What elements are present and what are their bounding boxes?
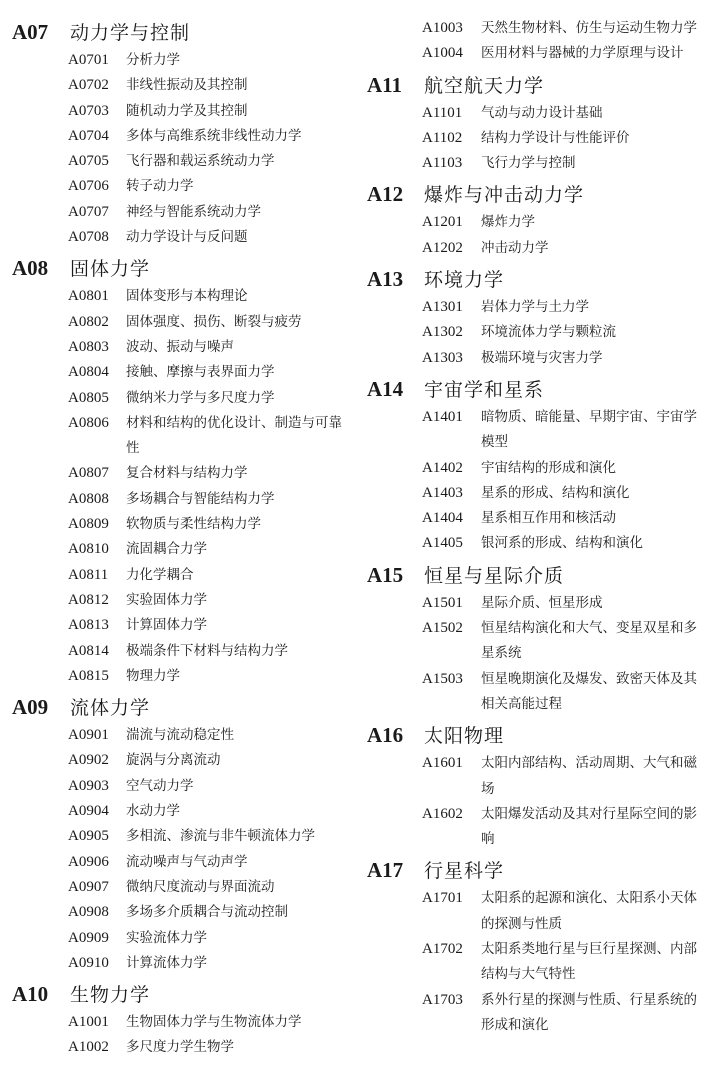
item-code: A1301 (422, 295, 463, 320)
section-a17: A17 行星科学 A1701太阳系的起源和演化、太阳系小天体的探测与性质 A17… (355, 852, 720, 1038)
item-code: A0804 (68, 360, 109, 385)
list-item: A1303极端环境与灾害力学 (355, 346, 720, 371)
item-text: 多场多介质耦合与流动控制 (126, 900, 348, 925)
section-code: A12 (367, 182, 403, 207)
section-code: A11 (367, 73, 402, 98)
section-a10-continued: A1003天然生物材料、仿生与运动生物力学 A1004医用材料与器械的力学原理与… (355, 16, 720, 67)
section-a16: A16 太阳物理 A1601太阳内部结构、活动周期、大气和磁场 A1602太阳爆… (355, 717, 720, 852)
item-code: A0707 (68, 200, 109, 225)
list-item: A1102结构力学设计与性能评价 (355, 126, 720, 151)
item-text: 分析力学 (126, 48, 348, 73)
list-item: A0802固体强度、损伤、断裂与疲劳 (0, 310, 360, 335)
section-code: A16 (367, 723, 403, 748)
section-title: 固体力学 (70, 254, 150, 281)
section-heading: A07 动力学与控制 (0, 14, 360, 48)
item-text: 波动、振动与噪声 (126, 335, 348, 360)
item-text: 多相流、渗流与非牛顿流体力学 (126, 824, 348, 849)
section-heading: A13 环境力学 (355, 261, 720, 295)
item-text: 天然生物材料、仿生与运动生物力学 (481, 16, 706, 41)
item-code: A1001 (68, 1010, 109, 1035)
item-code: A0901 (68, 723, 109, 748)
item-text: 极端条件下材料与结构力学 (126, 639, 348, 664)
list-item: A0907微纳尺度流动与界面流动 (0, 875, 360, 900)
item-code: A1201 (422, 210, 463, 235)
section-title: 环境力学 (424, 265, 504, 292)
list-item: A0707神经与智能系统动力学 (0, 200, 360, 225)
section-title: 爆炸与冲击动力学 (424, 180, 584, 207)
item-text: 极端环境与灾害力学 (481, 346, 706, 371)
right-column: A1003天然生物材料、仿生与运动生物力学 A1004医用材料与器械的力学原理与… (355, 16, 720, 1038)
item-text: 流动噪声与气动声学 (126, 850, 348, 875)
item-text: 软物质与柔性结构力学 (126, 512, 348, 537)
item-text: 飞行器和载运系统动力学 (126, 149, 348, 174)
item-code: A0906 (68, 850, 109, 875)
item-code: A1101 (422, 101, 462, 126)
item-text: 计算流体力学 (126, 951, 348, 976)
section-code: A10 (12, 982, 48, 1007)
list-item: A0906流动噪声与气动声学 (0, 850, 360, 875)
list-item: A0804接触、摩擦与表界面力学 (0, 360, 360, 385)
item-text: 实验流体力学 (126, 926, 348, 951)
list-item: A0903空气动力学 (0, 774, 360, 799)
item-text: 星系的形成、结构和演化 (481, 481, 706, 506)
section-a15: A15 恒星与星际介质 A1501星际介质、恒星形成 A1502恒星结构演化和大… (355, 557, 720, 717)
section-heading: A10 生物力学 (0, 976, 360, 1010)
list-item: A1401暗物质、暗能量、早期宇宙、宇宙学模型 (355, 405, 720, 456)
section-code: A07 (12, 20, 48, 45)
list-item: A0904水动力学 (0, 799, 360, 824)
item-text: 星系相互作用和核活动 (481, 506, 706, 531)
list-item: A0910计算流体力学 (0, 951, 360, 976)
item-code: A1503 (422, 667, 463, 692)
item-text: 宇宙结构的形成和演化 (481, 456, 706, 481)
list-item: A1501星际介质、恒星形成 (355, 591, 720, 616)
item-code: A0910 (68, 951, 109, 976)
item-code: A1003 (422, 16, 463, 41)
item-code: A1501 (422, 591, 463, 616)
section-heading: A17 行星科学 (355, 852, 720, 886)
section-a10: A10 生物力学 A1001生物固体力学与生物流体力学 A1002多尺度力学生物… (0, 976, 360, 1061)
item-text: 复合材料与结构力学 (126, 461, 348, 486)
item-text: 空气动力学 (126, 774, 348, 799)
list-item: A0811力化学耦合 (0, 563, 360, 588)
item-code: A0808 (68, 487, 109, 512)
section-heading: A14 宇宙学和星系 (355, 371, 720, 405)
section-heading: A08 固体力学 (0, 250, 360, 284)
list-item: A0706转子动力学 (0, 174, 360, 199)
item-text: 银河系的形成、结构和演化 (481, 531, 706, 556)
item-text: 恒星结构演化和大气、变星双星和多星系统 (481, 616, 706, 667)
item-text: 多场耦合与智能结构力学 (126, 487, 348, 512)
item-code: A1404 (422, 506, 463, 531)
item-code: A0805 (68, 386, 109, 411)
item-code: A0701 (68, 48, 109, 73)
item-text: 飞行力学与控制 (481, 151, 706, 176)
list-item: A1503恒星晚期演化及爆发、致密天体及其相关高能过程 (355, 667, 720, 718)
section-title: 恒星与星际介质 (424, 561, 564, 588)
item-code: A1401 (422, 405, 463, 430)
list-item: A1301岩体力学与土力学 (355, 295, 720, 320)
item-code: A0708 (68, 225, 109, 250)
item-text: 结构力学设计与性能评价 (481, 126, 706, 151)
section-title: 流体力学 (70, 693, 150, 720)
section-heading: A16 太阳物理 (355, 717, 720, 751)
item-code: A0902 (68, 748, 109, 773)
item-text: 多体与高维系统非线性动力学 (126, 124, 348, 149)
item-code: A1601 (422, 751, 463, 776)
list-item: A1202冲击动力学 (355, 236, 720, 261)
section-a12: A12 爆炸与冲击动力学 A1201爆炸力学 A1202冲击动力学 (355, 176, 720, 261)
list-item: A0805微纳米力学与多尺度力学 (0, 386, 360, 411)
item-code: A0706 (68, 174, 109, 199)
item-code: A1402 (422, 456, 463, 481)
section-a11: A11 航空航天力学 A1101气动与动力设计基础 A1102结构力学设计与性能… (355, 67, 720, 177)
item-text: 太阳系的起源和演化、太阳系小天体的探测与性质 (481, 886, 706, 937)
list-item: A0703随机动力学及其控制 (0, 99, 360, 124)
section-code: A17 (367, 858, 403, 883)
list-item: A1502恒星结构演化和大气、变星双星和多星系统 (355, 616, 720, 667)
list-item: A0902旋涡与分离流动 (0, 748, 360, 773)
section-a07: A07 动力学与控制 A0701分析力学 A0702非线性振动及其控制 A070… (0, 14, 360, 250)
item-text: 生物固体力学与生物流体力学 (126, 1010, 348, 1035)
item-text: 固体变形与本构理论 (126, 284, 348, 309)
list-item: A1601太阳内部结构、活动周期、大气和磁场 (355, 751, 720, 802)
list-item: A1002多尺度力学生物学 (0, 1035, 360, 1060)
item-text: 实验固体力学 (126, 588, 348, 613)
left-column: A07 动力学与控制 A0701分析力学 A0702非线性振动及其控制 A070… (0, 14, 360, 1061)
item-code: A0904 (68, 799, 109, 824)
item-text: 力化学耦合 (126, 563, 348, 588)
item-text: 太阳爆发活动及其对行星际空间的影响 (481, 802, 706, 853)
item-code: A0809 (68, 512, 109, 537)
section-title: 航空航天力学 (424, 71, 544, 98)
item-text: 恒星晚期演化及爆发、致密天体及其相关高能过程 (481, 667, 706, 718)
list-item: A0901湍流与流动稳定性 (0, 723, 360, 748)
item-code: A1602 (422, 802, 463, 827)
item-code: A0903 (68, 774, 109, 799)
list-item: A1701太阳系的起源和演化、太阳系小天体的探测与性质 (355, 886, 720, 937)
item-code: A0802 (68, 310, 109, 335)
list-item: A1001生物固体力学与生物流体力学 (0, 1010, 360, 1035)
list-item: A1101气动与动力设计基础 (355, 101, 720, 126)
list-item: A1602太阳爆发活动及其对行星际空间的影响 (355, 802, 720, 853)
list-item: A1103飞行力学与控制 (355, 151, 720, 176)
item-code: A0907 (68, 875, 109, 900)
list-item: A0803波动、振动与噪声 (0, 335, 360, 360)
section-title: 动力学与控制 (70, 18, 190, 45)
item-code: A0803 (68, 335, 109, 360)
item-text: 微纳尺度流动与界面流动 (126, 875, 348, 900)
list-item: A0708动力学设计与反问题 (0, 225, 360, 250)
item-code: A0810 (68, 537, 109, 562)
item-code: A0905 (68, 824, 109, 849)
list-item: A0815物理力学 (0, 664, 360, 689)
section-heading: A11 航空航天力学 (355, 67, 720, 101)
list-item: A1003天然生物材料、仿生与运动生物力学 (355, 16, 720, 41)
item-code: A1004 (422, 41, 463, 66)
item-code: A0813 (68, 613, 109, 638)
list-item: A1702太阳系类地行星与巨行星探测、内部结构与大气特性 (355, 937, 720, 988)
section-title: 生物力学 (70, 980, 150, 1007)
list-item: A0909实验流体力学 (0, 926, 360, 951)
item-text: 爆炸力学 (481, 210, 706, 235)
item-code: A0704 (68, 124, 109, 149)
item-code: A0811 (68, 563, 108, 588)
list-item: A0701分析力学 (0, 48, 360, 73)
list-item: A0705飞行器和载运系统动力学 (0, 149, 360, 174)
list-item: A0806材料和结构的优化设计、制造与可靠性 (0, 411, 360, 462)
item-text: 太阳内部结构、活动周期、大气和磁场 (481, 751, 706, 802)
list-item: A1201爆炸力学 (355, 210, 720, 235)
item-code: A1302 (422, 320, 463, 345)
item-text: 随机动力学及其控制 (126, 99, 348, 124)
section-title: 行星科学 (424, 856, 504, 883)
item-code: A1403 (422, 481, 463, 506)
item-text: 冲击动力学 (481, 236, 706, 261)
item-text: 材料和结构的优化设计、制造与可靠性 (126, 411, 348, 462)
section-heading: A09 流体力学 (0, 689, 360, 723)
item-text: 系外行星的探测与性质、行星系统的形成和演化 (481, 988, 706, 1039)
list-item: A1405银河系的形成、结构和演化 (355, 531, 720, 556)
item-code: A0815 (68, 664, 109, 689)
item-code: A0806 (68, 411, 109, 436)
section-a14: A14 宇宙学和星系 A1401暗物质、暗能量、早期宇宙、宇宙学模型 A1402… (355, 371, 720, 557)
item-text: 非线性振动及其控制 (126, 73, 348, 98)
item-code: A1701 (422, 886, 463, 911)
section-a13: A13 环境力学 A1301岩体力学与土力学 A1302环境流体力学与颗粒流 A… (355, 261, 720, 371)
item-code: A1103 (422, 151, 462, 176)
list-item: A0905多相流、渗流与非牛顿流体力学 (0, 824, 360, 849)
item-code: A0703 (68, 99, 109, 124)
list-item: A1404星系相互作用和核活动 (355, 506, 720, 531)
item-text: 多尺度力学生物学 (126, 1035, 348, 1060)
section-code: A08 (12, 256, 48, 281)
item-text: 湍流与流动稳定性 (126, 723, 348, 748)
list-item: A0814极端条件下材料与结构力学 (0, 639, 360, 664)
item-code: A0812 (68, 588, 109, 613)
section-a08: A08 固体力学 A0801固体变形与本构理论 A0802固体强度、损伤、断裂与… (0, 250, 360, 689)
item-code: A0702 (68, 73, 109, 98)
list-item: A0702非线性振动及其控制 (0, 73, 360, 98)
section-heading: A15 恒星与星际介质 (355, 557, 720, 591)
list-item: A0812实验固体力学 (0, 588, 360, 613)
item-text: 转子动力学 (126, 174, 348, 199)
list-item: A0801固体变形与本构理论 (0, 284, 360, 309)
item-code: A1002 (68, 1035, 109, 1060)
list-item: A0810流固耦合力学 (0, 537, 360, 562)
item-text: 旋涡与分离流动 (126, 748, 348, 773)
item-text: 接触、摩擦与表界面力学 (126, 360, 348, 385)
item-text: 气动与动力设计基础 (481, 101, 706, 126)
list-item: A0813计算固体力学 (0, 613, 360, 638)
list-item: A1403星系的形成、结构和演化 (355, 481, 720, 506)
section-a09: A09 流体力学 A0901湍流与流动稳定性 A0902旋涡与分离流动 A090… (0, 689, 360, 976)
item-code: A1102 (422, 126, 462, 151)
section-heading: A12 爆炸与冲击动力学 (355, 176, 720, 210)
item-code: A1405 (422, 531, 463, 556)
list-item: A1302环境流体力学与颗粒流 (355, 320, 720, 345)
item-code: A1202 (422, 236, 463, 261)
item-text: 固体强度、损伤、断裂与疲劳 (126, 310, 348, 335)
item-text: 流固耦合力学 (126, 537, 348, 562)
item-text: 环境流体力学与颗粒流 (481, 320, 706, 345)
list-item: A0809软物质与柔性结构力学 (0, 512, 360, 537)
item-code: A0801 (68, 284, 109, 309)
list-item: A1402宇宙结构的形成和演化 (355, 456, 720, 481)
item-code: A0705 (68, 149, 109, 174)
item-text: 水动力学 (126, 799, 348, 824)
item-text: 动力学设计与反问题 (126, 225, 348, 250)
section-code: A14 (367, 377, 403, 402)
item-text: 微纳米力学与多尺度力学 (126, 386, 348, 411)
item-text: 神经与智能系统动力学 (126, 200, 348, 225)
list-item: A0908多场多介质耦合与流动控制 (0, 900, 360, 925)
item-text: 暗物质、暗能量、早期宇宙、宇宙学模型 (481, 405, 706, 456)
section-code: A09 (12, 695, 48, 720)
item-code: A0909 (68, 926, 109, 951)
list-item: A1004医用材料与器械的力学原理与设计 (355, 41, 720, 66)
item-text: 太阳系类地行星与巨行星探测、内部结构与大气特性 (481, 937, 706, 988)
list-item: A0704多体与高维系统非线性动力学 (0, 124, 360, 149)
section-code: A15 (367, 563, 403, 588)
section-title: 宇宙学和星系 (424, 375, 544, 402)
item-code: A1502 (422, 616, 463, 641)
section-title: 太阳物理 (424, 721, 504, 748)
list-item: A0807复合材料与结构力学 (0, 461, 360, 486)
list-item: A1703系外行星的探测与性质、行星系统的形成和演化 (355, 988, 720, 1039)
item-text: 计算固体力学 (126, 613, 348, 638)
item-code: A1303 (422, 346, 463, 371)
item-code: A0807 (68, 461, 109, 486)
list-item: A0808多场耦合与智能结构力学 (0, 487, 360, 512)
item-code: A1702 (422, 937, 463, 962)
item-text: 星际介质、恒星形成 (481, 591, 706, 616)
section-code: A13 (367, 267, 403, 292)
item-text: 岩体力学与土力学 (481, 295, 706, 320)
item-code: A0908 (68, 900, 109, 925)
item-code: A1703 (422, 988, 463, 1013)
item-text: 物理力学 (126, 664, 348, 689)
item-text: 医用材料与器械的力学原理与设计 (481, 41, 706, 66)
item-code: A0814 (68, 639, 109, 664)
